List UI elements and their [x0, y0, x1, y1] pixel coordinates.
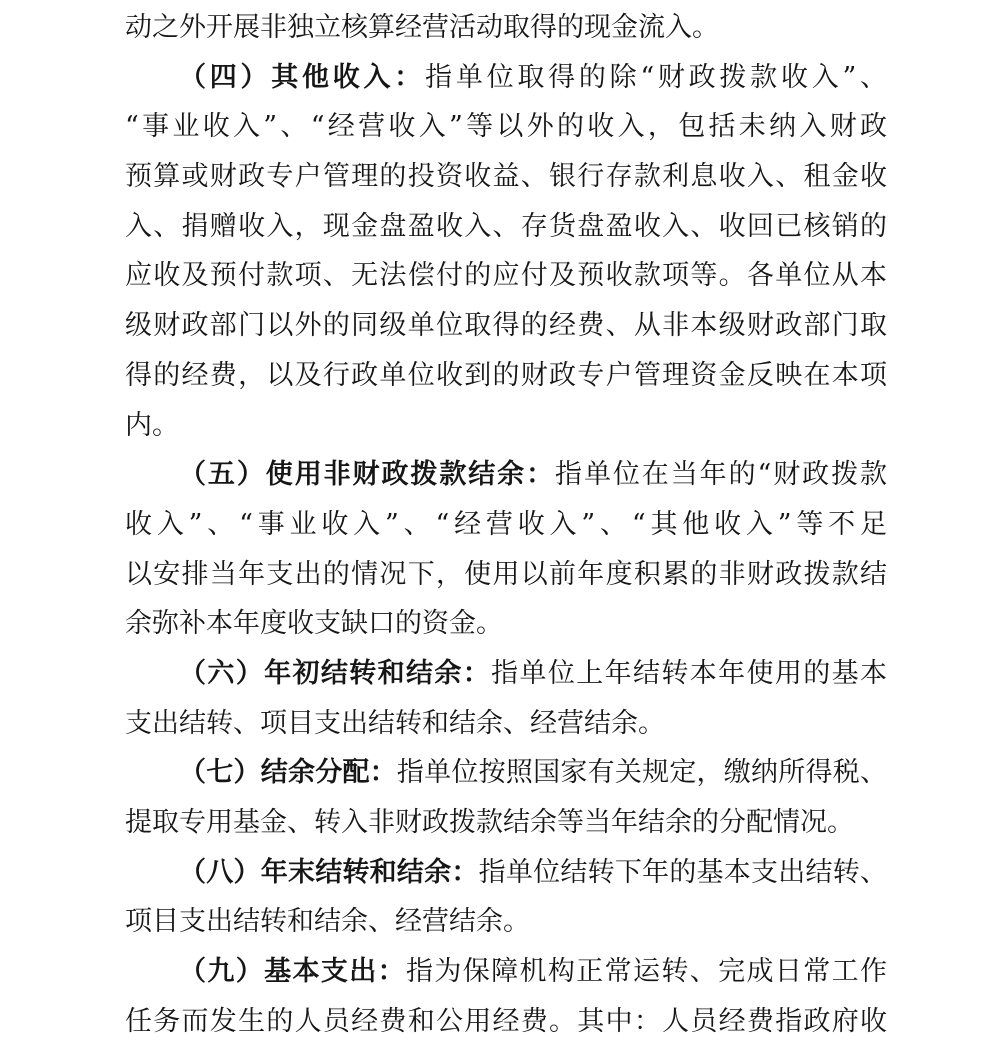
document-line: 以安排当年支出的情况下，使用以前年度积累的非财政拨款结	[125, 550, 887, 600]
line-text: 应收及预付款项、无法偿付的应付及预收款项等。各单位从本	[125, 260, 887, 291]
document-line: 应收及预付款项、无法偿付的应付及预收款项等。各单位从本	[125, 251, 887, 301]
document-line: 提取专用基金、转入非财政拨款结余等当年结余的分配情况。	[125, 798, 887, 848]
document-line: （五）使用非财政拨款结余：指单位在当年的“财政拨款	[125, 450, 887, 500]
line-text: 指单位取得的除“财政拨款收入”、	[425, 62, 887, 93]
document-line: 级财政部门以外的同级单位取得的经费、从非本级财政部门取	[125, 301, 887, 351]
line-text: 余弥补本年度收支缺口的资金。	[125, 608, 503, 639]
line-text: 任务而发生的人员经费和公用经费。其中：人员经费指政府收	[125, 1006, 887, 1037]
line-text: 收入”、“事业收入”、“经营收入”、“其他收入”等不足	[125, 509, 887, 540]
document-line: （七）结余分配：指单位按照国家有关规定，缴纳所得税、	[125, 748, 887, 798]
document-line: 得的经费，以及行政单位收到的财政专户管理资金反映在本项	[125, 351, 887, 401]
line-text: 指单位上年结转本年使用的基本	[491, 658, 887, 689]
paragraph-lead: （八）年末结转和结余：	[179, 857, 479, 888]
line-text: 项目支出结转和结余、经营结余。	[125, 906, 530, 937]
line-text: 动之外开展非独立核算经营活动取得的现金流入。	[125, 12, 719, 43]
document-line: （四）其他收入：指单位取得的除“财政拨款收入”、	[125, 53, 887, 103]
line-text: “事业收入”、“经营收入”等以外的收入，包括未纳入财政	[125, 111, 887, 142]
paragraph-lead: （九）基本支出：	[179, 956, 406, 987]
document-page: 动之外开展非独立核算经营活动取得的现金流入。 （四）其他收入：指单位取得的除“财…	[0, 0, 1000, 1059]
line-text: 指单位按照国家有关规定，缴纳所得税、	[397, 757, 887, 788]
document-line: 支出结转、项目支出结转和结余、经营结余。	[125, 699, 887, 749]
line-text: 级财政部门以外的同级单位取得的经费、从非本级财政部门取	[125, 310, 887, 341]
line-text: 以安排当年支出的情况下，使用以前年度积累的非财政拨款结	[125, 559, 887, 590]
line-text: 内。	[125, 410, 179, 441]
line-text: 支出结转、项目支出结转和结余、经营结余。	[125, 708, 665, 739]
document-line: “事业收入”、“经营收入”等以外的收入，包括未纳入财政	[125, 102, 887, 152]
document-line: （六）年初结转和结余：指单位上年结转本年使用的基本	[125, 649, 887, 699]
document-line: 任务而发生的人员经费和公用经费。其中：人员经费指政府收	[125, 997, 887, 1047]
document-line: 收入”、“事业收入”、“经营收入”、“其他收入”等不足	[125, 500, 887, 550]
paragraph-lead: （六）年初结转和结余：	[179, 658, 491, 689]
paragraph-lead: （四）其他收入：	[179, 62, 425, 93]
line-text: 得的经费，以及行政单位收到的财政专户管理资金反映在本项	[125, 360, 887, 391]
document-line: 入、捐赠收入，现金盘盈收入、存货盘盈收入、收回已核销的	[125, 202, 887, 252]
document-line: 动之外开展非独立核算经营活动取得的现金流入。	[125, 3, 887, 53]
line-text: 指为保障机构正常运转、完成日常工作	[406, 956, 887, 987]
line-text: 指单位在当年的“财政拨款	[555, 459, 887, 490]
document-line: 项目支出结转和结余、经营结余。	[125, 897, 887, 947]
line-text: 入、捐赠收入，现金盘盈收入、存货盘盈收入、收回已核销的	[125, 211, 887, 242]
document-line: 余弥补本年度收支缺口的资金。	[125, 599, 887, 649]
document-line: 内。	[125, 401, 887, 451]
line-text: 指单位结转下年的基本支出结转、	[479, 857, 887, 888]
paragraph-lead: （五）使用非财政拨款结余：	[179, 459, 555, 490]
paragraph-lead: （七）结余分配：	[179, 757, 397, 788]
document-line: 预算或财政专户管理的投资收益、银行存款利息收入、租金收	[125, 152, 887, 202]
document-line: （八）年末结转和结余：指单位结转下年的基本支出结转、	[125, 848, 887, 898]
document-text-block: 动之外开展非独立核算经营活动取得的现金流入。 （四）其他收入：指单位取得的除“财…	[125, 3, 887, 1046]
line-text: 提取专用基金、转入非财政拨款结余等当年结余的分配情况。	[125, 807, 854, 838]
document-line: （九）基本支出：指为保障机构正常运转、完成日常工作	[125, 947, 887, 997]
line-text: 预算或财政专户管理的投资收益、银行存款利息收入、租金收	[125, 161, 887, 192]
